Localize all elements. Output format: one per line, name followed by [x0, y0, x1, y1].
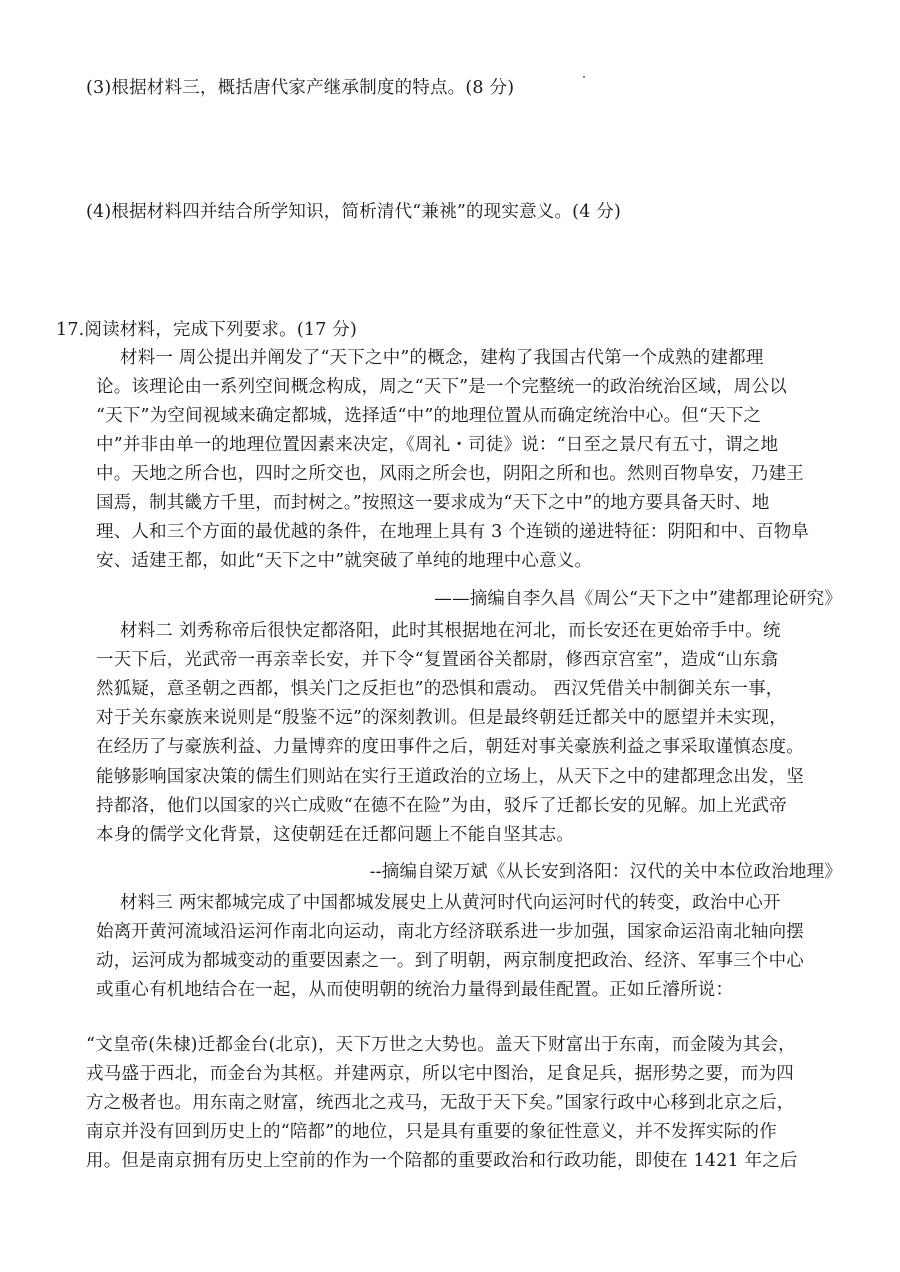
material2-line: 本身的儒学文化背景，这使朝廷在迁都问题上不能自坚其志。 — [96, 823, 574, 847]
material1-line: 理、人和三个方面的最优越的条件，在地理上具有 3 个连锁的递进特征：阴阳和中、百… — [96, 520, 809, 544]
material3-quote-line: 方之极者也。用东南之财富，统西北之戎马，无敌于天下矣。”国家行政中心移到北京之后… — [86, 1091, 794, 1115]
material2-line: 在经历了与豪族利益、力量博弈的度田事件之后，朝廷对事关豪族利益之事采取谨慎态度。 — [96, 735, 804, 759]
material2-source: --摘编自梁万斌《从长安到洛阳：汉代的关中本位政治地理》 — [370, 860, 842, 884]
material3-quote-line: 戎马盛于西北，而金台为其枢。并建两京，所以宅中图治，足食足兵，据形势之要，而为四 — [86, 1062, 794, 1086]
material1-source: ——摘编自李久昌《周公“天下之中”建都理论研究》 — [434, 587, 842, 611]
material2-line: 对于关东豪族来说则是“殷鉴不远”的深刻教训。但是最终朝廷迁都关中的愿望并未实现， — [96, 706, 787, 730]
question-17-header: 17.阅读材料，完成下列要求。(17 分) — [56, 318, 357, 342]
material1-line: 安、适建王都，如此“天下之中”就突破了单纯的地理中心意义。 — [96, 549, 592, 573]
scan-speck — [583, 76, 585, 78]
material1-line: 论。该理论由一系列空间概念构成，周之“天下”是一个完整统一的政治统治区域，周公以 — [96, 375, 787, 399]
material1-line: 材料一 周公提出并阐发了“天下之中”的概念，建构了我国古代第一个成熟的建都理 — [120, 346, 764, 370]
material3-line: 动，运河成为都城变动的重要因素之一。到了明朝，两京制度把政治、经济、军事三个中心 — [96, 949, 804, 973]
material3-line: 或重心有机地结合在一起，从而使明朝的统治力量得到最佳配置。正如丘濬所说： — [96, 978, 733, 1002]
material2-line: 一天下后，光武帝一再亲幸长安，并下令“复置函谷关都尉，修西京宫室”，造成“山东翕 — [96, 648, 778, 672]
question-3: (3)根据材料三，概括唐代家产继承制度的特点。(8 分) — [86, 76, 514, 100]
material2-line: 然狐疑，意圣朝之西都，惧关门之反拒也”的恐惧和震动。 西汉凭借关中制御关东一事， — [96, 677, 784, 701]
material2-line: 材料二 刘秀称帝后很快定都洛阳，此时其根据地在河北，而长安还在更始帝手中。统 — [120, 619, 781, 643]
material3-quote-line: “文皇帝(朱棣)迁都金台(北京)，天下万世之大势也。盖天下财富出于东南，而金陵为… — [86, 1033, 796, 1057]
material1-line: “天下”为空间视域来确定都城，选择适“中”的地理位置从而确定统治中心。但“天下之 — [96, 404, 761, 428]
material1-line: 中。天地之所合也，四时之所交也，风雨之所会也，阴阳之所和也。然则百物阜安，乃建王 — [96, 462, 804, 486]
material2-line: 持都洛，他们以国家的兴亡成败“在德不在险”为由，驳斥了迁都长安的见解。加上光武帝 — [96, 794, 787, 818]
material3-line: 材料三 两宋都城完成了中国都城发展史上从黄河时代向运河时代的转变，政治中心开 — [120, 891, 781, 915]
material3-line: 始离开黄河流域沿运河作南北向运动，南北方经济联系进一步加强，国家命运沿南北轴向摆 — [96, 920, 804, 944]
question-4: (4)根据材料四并结合所学知识，简析清代“兼祧”的现实意义。(4 分) — [86, 200, 621, 224]
material2-line: 能够影响国家决策的儒生们则站在实行王道政治的立场上，从天下之中的建都理念出发，坚 — [96, 765, 804, 789]
material1-line: 中”并非由单一的地理位置因素来决定，《周礼・司徒》说：“日至之景尺有五寸，谓之地 — [96, 433, 778, 457]
material1-line: 国焉，制其畿方千里，而封树之。”按照这一要求成为“天下之中”的地方要具备天时、地 — [96, 491, 770, 515]
material3-quote-line: 南京并没有回到历史上的“陪都”的地位，只是具有重要的象征性意义，并不发挥实际的作 — [86, 1120, 777, 1144]
material3-quote-line: 用。但是南京拥有历史上空前的作为一个陪都的重要政治和行政功能，即使在 1421 … — [86, 1149, 798, 1173]
